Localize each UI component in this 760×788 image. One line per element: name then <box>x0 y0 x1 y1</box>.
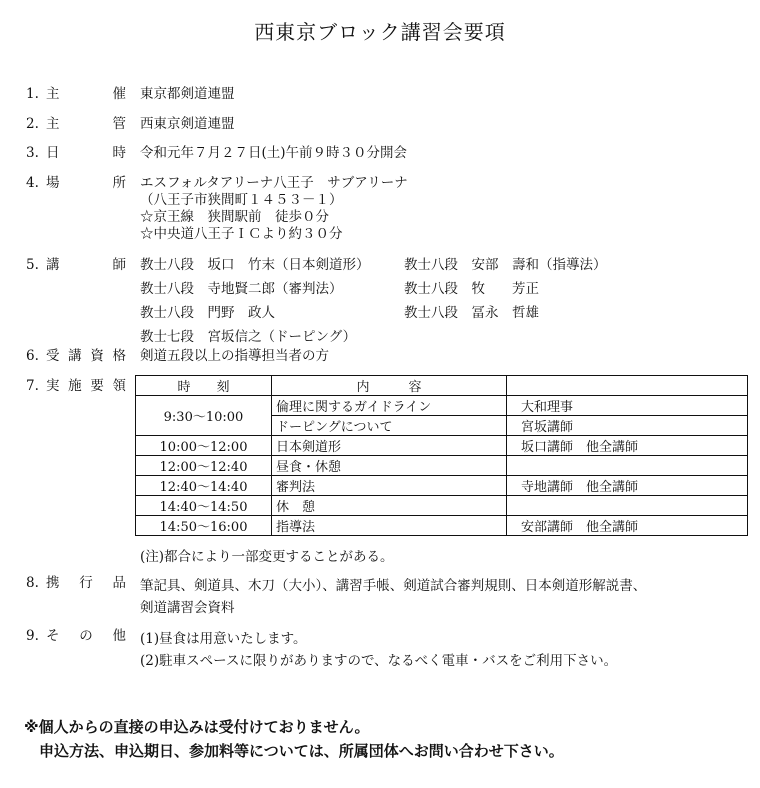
schedule-note: (注)都合により一部変更することがある。 <box>140 545 394 565</box>
schedule-table: 時 刻 内 容 9:30～10:00 倫理に関するガイドライン 大和理事 ドーピ… <box>135 375 748 536</box>
item-label: 実施要領 <box>46 378 126 395</box>
document-title: 西東京ブロック講習会要項 <box>0 16 760 45</box>
footer-notice-2: 申込方法、申込期日、参加料等については、所属団体へお問い合わせ下さい。 <box>24 740 564 761</box>
other-lines: (1)昼食は用意いたします。 (2)駐車スペースに限りがありますので、なるべく電… <box>140 628 617 672</box>
item-label: 講師 <box>46 257 126 274</box>
item-label: その他 <box>46 628 126 645</box>
table-row: 9:30～10:00 倫理に関するガイドライン 大和理事 <box>136 396 748 416</box>
belongings-lines: 筆記具、剣道具、木刀（大小）、講習手帳、剣道試合審判規則、日本剣道形解説書、 剣… <box>140 575 646 619</box>
item-label: 主管 <box>46 116 126 133</box>
table-row: 12:40～14:40 審判法 寺地講師 他全講師 <box>136 476 748 496</box>
item-value: 令和元年７月２７日(土)午前９時３０分開会 <box>140 145 407 162</box>
venue-lines: エスフォルタアリーナ八王子 サブアリーナ （八王子市狭間町１４５３－１） ☆京王… <box>140 175 408 243</box>
table-header: 時 刻 内 容 <box>136 376 748 396</box>
item-value: 東京都剣道連盟 <box>140 86 235 103</box>
item-label: 場所 <box>46 175 126 192</box>
table-row: 14:40～14:50 休 憩 <box>136 496 748 516</box>
item-label: 受講資格 <box>46 348 126 365</box>
table-row: 12:00～12:40 昼食・休憩 <box>136 456 748 476</box>
table-row: 14:50～16:00 指導法 安部講師 他全講師 <box>136 516 748 536</box>
item-label: 日時 <box>46 145 126 162</box>
item-label: 主催 <box>46 86 126 103</box>
item-value: 剣道五段以上の指導担当者の方 <box>140 348 329 365</box>
item-label: 携行品 <box>46 575 126 592</box>
footer-notice-1: ※個人からの直接の申込みは受付けておりません。 <box>24 716 370 737</box>
table-row: 10:00～12:00 日本剣道形 坂口講師 他全講師 <box>136 436 748 456</box>
item-value: 西東京剣道連盟 <box>140 116 235 133</box>
